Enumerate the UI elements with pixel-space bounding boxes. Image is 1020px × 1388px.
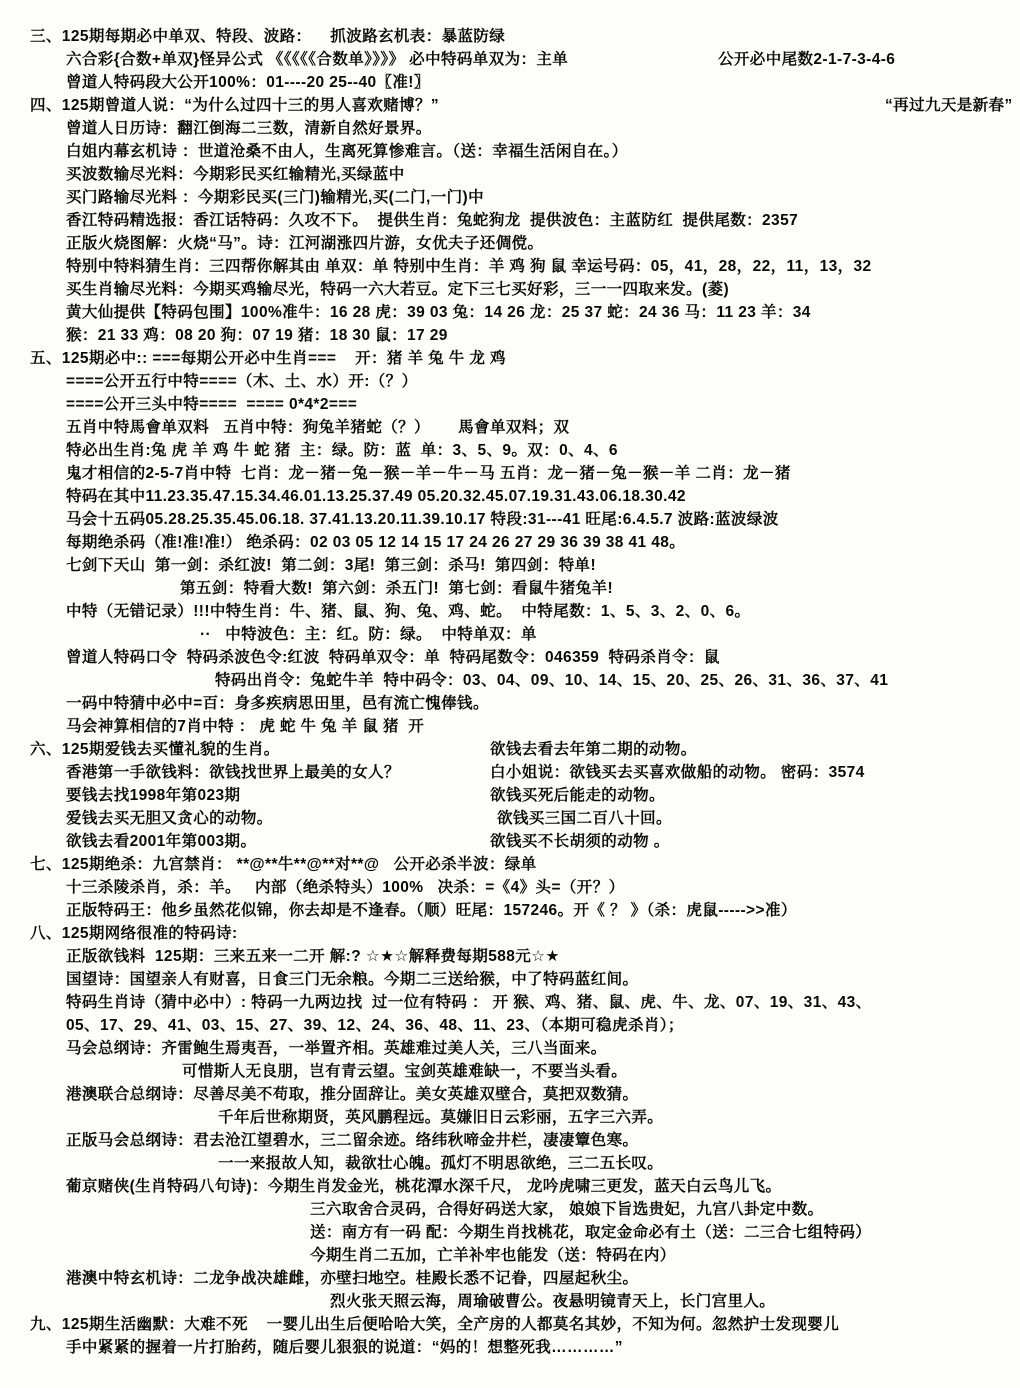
line-segment: 白小姐说：欲钱买去买喜欢做船的动物。 密码：3574 — [490, 762, 865, 784]
line-segment: 特必出生肖:兔 虎 羊 鸡 牛 蛇 猪 主：绿。防：蓝 单：3、5、9。双：0、… — [66, 440, 618, 462]
text-line: ====公开五行中特====（木、土、水）开:（？） — [0, 371, 1020, 394]
line-segment: 曾道人日历诗：翻江倒海二三数，清新自然好景界。 — [66, 118, 432, 140]
text-line: 曾道人特码段大公开100%：01----20 25--40〖准!〗 — [0, 72, 1020, 95]
line-segment: 买生肖输尽光料：今期买鸡输尽光，特码一六大若豆。定下三七买好彩，三一一四取来发。… — [66, 279, 729, 301]
text-line: 烈火张天照云海，周瑜破曹公。夜悬明镜青天上，长门宫里人。 — [0, 1291, 1020, 1314]
line-segment: 马会神算相信的7肖中特 ： 虎 蛇 牛 兔 羊 鼠 猪 开 — [66, 716, 424, 738]
line-segment: 买门路输尽光料 ：今期彩民买(三门)输精光,买(二门,一门)中 — [66, 187, 484, 209]
line-segment: 黄大仙提供【特码包围】100%准牛：16 28 虎：39 03 兔：14 26 … — [66, 302, 811, 324]
text-line: 要钱去找1998年第023期欲钱买死后能走的动物。 — [0, 785, 1020, 808]
text-line: 马会十五码05.28.25.35.45.06.18. 37.41.13.20.1… — [0, 509, 1020, 532]
line-segment: 九、125期生活幽默：大难不死 一婴儿出生后便哈哈大笑，全产房的人都莫名其妙，不… — [30, 1314, 839, 1336]
text-line: 葡京赌侠(生肖特码八句诗)：今期生肖发金光，桃花潭水深千尺， 龙吟虎啸三更发，蓝… — [0, 1176, 1020, 1199]
text-line: 五、125期必中:: ===每期公开必中生肖=== 开：猪 羊 兔 牛 龙 鸡 — [0, 348, 1020, 371]
line-segment: 买波数输尽光料：今期彩民买红输精光,买绿蓝中 — [66, 164, 405, 186]
line-segment: 欲钱买死后能走的动物。 — [490, 785, 665, 807]
text-line: 猴：21 33 鸡：08 20 狗：07 19 猪：18 30 鼠：17 29 — [0, 325, 1020, 348]
text-line: 特别中特料猜生肖：三四帮你解其由 单双：单 特别中生肖：羊 鸡 狗 鼠 幸运号码… — [0, 256, 1020, 279]
line-segment: 曾道人特码口令 特码杀波色令:红波 特码单双令：单 特码尾数令：046359 特… — [66, 647, 720, 669]
text-line: ====公开三头中特==== ==== 0*4*2=== — [0, 394, 1020, 417]
text-line: 黄大仙提供【特码包围】100%准牛：16 28 虎：39 03 兔：14 26 … — [0, 302, 1020, 325]
text-line: 七、125期绝杀：九宫禁肖： **@**牛**@**对**@ 公开必杀半波：绿单 — [0, 854, 1020, 877]
line-segment: 一码中特猜中必中=百：身多疾病思田里，邑有流亡愧俸钱。 — [66, 693, 489, 715]
line-segment: 正版火烧图解：火烧“马”。诗：江河湖涨四片游，女优夫子还倜傥。 — [66, 233, 543, 255]
text-line: ·· 中特波色：主：红。防：绿。 中特单双：单 — [0, 624, 1020, 647]
text-line: 爱钱去买无胆又贪心的动物。欲钱买三国二百八十回。 — [0, 808, 1020, 831]
line-segment: 港澳中特玄机诗：二龙争战决雄雌，亦壁扫地空。桂殿长悉不记眷，四屋起秋尘。 — [66, 1268, 638, 1290]
text-line: 港澳中特玄机诗：二龙争战决雄雌，亦壁扫地空。桂殿长悉不记眷，四屋起秋尘。 — [0, 1268, 1020, 1291]
text-line: 每期绝杀码（准!准!准!） 绝杀码：02 03 05 12 14 15 17 2… — [0, 532, 1020, 555]
document-body: 三、125期每期必中单双、特段、波路： 抓波路玄机表：暴蓝防绿六合彩{合数+单双… — [0, 26, 1020, 1360]
text-line: 香江特码精选报：香江话特码：久攻不下。 提供生肖：兔蛇狗龙 提供波色：主蓝防红 … — [0, 210, 1020, 233]
line-segment: 第五剑：特看大数! 第六剑：杀五门! 第七剑：看鼠牛猪兔羊! — [180, 578, 613, 600]
line-segment: 三六取舍合灵码，合得好码送大家， 娘娘下旨选贵妃，九宫八卦定中数。 — [310, 1199, 824, 1221]
document-page: 三、125期每期必中单双、特段、波路： 抓波路玄机表：暴蓝防绿六合彩{合数+单双… — [0, 0, 1020, 1388]
line-segment: 六合彩{合数+单双}怪异公式 《《《《《合数单》》》》 必中特码单双为：主单 — [66, 49, 568, 71]
line-segment: 欲钱去看2001年第003期。 — [66, 831, 256, 853]
text-line: 特码在其中11.23.35.47.15.34.46.01.13.25.37.49… — [0, 486, 1020, 509]
line-segment: 猴：21 33 鸡：08 20 狗：07 19 猪：18 30 鼠：17 29 — [66, 325, 448, 347]
line-segment: 三、125期每期必中单双、特段、波路： 抓波路玄机表：暴蓝防绿 — [30, 26, 505, 48]
line-segment: 烈火张天照云海，周瑜破曹公。夜悬明镜青天上，长门宫里人。 — [330, 1291, 775, 1313]
line-segment: 七、125期绝杀：九宫禁肖： **@**牛**@**对**@ 公开必杀半波：绿单 — [30, 854, 537, 876]
line-segment: 中特（无错记录）!!!中特生肖：牛、猪、鼠、狗、兔、鸡、蛇。 中特尾数：1、5、… — [66, 601, 750, 623]
text-line: 白姐内幕玄机诗 ：世道沧桑不由人，生离死算惨难言。（送：幸福生活闲自在。） — [0, 141, 1020, 164]
line-segment: 五肖中特馬會单双料 五肖中特：狗兔羊猪蛇（？） 馬會单双料；双 — [66, 417, 569, 439]
text-line: 正版特码王：他乡虽然花似锦，你去却是不逢春。（顺）旺尾：157246。开《 ？ … — [0, 900, 1020, 923]
line-segment: 特码生肖诗（猜中必中）: 特码一九两边找 过一位有特码 ： 开 猴、鸡、猪、鼠、… — [66, 992, 872, 1014]
text-line: 欲钱去看2001年第003期。欲钱买不长胡须的动物 。 — [0, 831, 1020, 854]
line-segment: 特码出肖令：兔蛇牛羊 特中码令：03、04、09、10、14、15、20、25、… — [215, 670, 888, 692]
line-segment: 八、125期网络很准的特码诗: — [30, 923, 238, 945]
line-segment: 曾道人特码段大公开100%：01----20 25--40〖准!〗 — [66, 72, 430, 94]
text-line: 马会总纲诗：齐雷鲍生焉夷吾，一举置齐相。英雄难过美人关，三八当面来。 — [0, 1038, 1020, 1061]
line-segment: 马会总纲诗：齐雷鲍生焉夷吾，一举置齐相。英雄难过美人关，三八当面来。 — [66, 1038, 607, 1060]
line-segment: 要钱去找1998年第023期 — [66, 785, 240, 807]
line-segment: 港澳联合总纲诗：尽善尽美不苟取，推分固辞让。美女英雄双壁合，莫把双数猜。 — [66, 1084, 638, 1106]
line-segment: 六、125期爱钱去买懂礼貌的生肖。 — [30, 739, 280, 761]
line-segment: 送：南方有一码 配：今期生肖找桃花，取定金命必有土（送：二三合七组特码） — [310, 1222, 871, 1244]
text-line: 曾道人特码口令 特码杀波色令:红波 特码单双令：单 特码尾数令：046359 特… — [0, 647, 1020, 670]
text-line: 送：南方有一码 配：今期生肖找桃花，取定金命必有土（送：二三合七组特码） — [0, 1222, 1020, 1245]
line-segment: 国望诗：国望亲人有财喜，日食三门无余粮。今期二三送给猴，中了特码蓝红间。 — [66, 969, 638, 991]
line-segment: 欲钱买三国二百八十回。 — [497, 808, 672, 830]
line-segment: “再过九天是新春” — [885, 95, 1013, 117]
line-segment: ====公开三头中特==== ==== 0*4*2=== — [66, 394, 357, 416]
text-line: 六合彩{合数+单双}怪异公式 《《《《《合数单》》》》 必中特码单双为：主单公开… — [0, 49, 1020, 72]
text-line: 曾道人日历诗：翻江倒海二三数，清新自然好景界。 — [0, 118, 1020, 141]
text-line: 买门路输尽光料 ：今期彩民买(三门)输精光,买(二门,一门)中 — [0, 187, 1020, 210]
text-line: 八、125期网络很准的特码诗: — [0, 923, 1020, 946]
line-segment: 鬼才相信的2-5-7肖中特 七肖：龙－猪－兔－猴－羊－牛－马 五肖：龙－猪－兔－… — [66, 463, 791, 485]
line-segment: 四、125期曾道人说：“为什么过四十三的男人喜欢赌博？” — [30, 95, 439, 117]
text-line: 05、17、29、41、03、15、27、39、12、24、36、48、11、2… — [0, 1015, 1020, 1038]
text-line: 千年后世称期贤，英风鹏程远。莫嫌旧日云彩丽，五字三六弄。 — [0, 1107, 1020, 1130]
line-segment: 正版特码王：他乡虽然花似锦，你去却是不逢春。（顺）旺尾：157246。开《 ？ … — [66, 900, 797, 922]
line-segment: 手中紧紧的握着一片打胎药，随后婴儿狠狠的说道：“妈的！想整死我…………” — [66, 1337, 623, 1359]
text-line: 中特（无错记录）!!!中特生肖：牛、猪、鼠、狗、兔、鸡、蛇。 中特尾数：1、5、… — [0, 601, 1020, 624]
line-segment: 可惜斯人无良朋，岂有青云望。宝剑英雄难缺一，不要当头看。 — [182, 1061, 627, 1083]
text-line: 一一来报故人知，裁欲壮心魄。孤灯不明思欲绝，三二五长叹。 — [0, 1153, 1020, 1176]
line-segment: 一一来报故人知，裁欲壮心魄。孤灯不明思欲绝，三二五长叹。 — [218, 1153, 663, 1175]
line-segment: 千年后世称期贤，英风鹏程远。莫嫌旧日云彩丽，五字三六弄。 — [218, 1107, 663, 1129]
line-segment: ====公开五行中特====（木、土、水）开:（？） — [66, 371, 417, 393]
text-line: 十三杀陵杀肖，杀：羊。 内部（绝杀特头）100% 决杀：=《4》头=（开？） — [0, 877, 1020, 900]
text-line: 三六取舍合灵码，合得好码送大家， 娘娘下旨选贵妃，九宫八卦定中数。 — [0, 1199, 1020, 1222]
text-line: 一码中特猜中必中=百：身多疾病思田里，邑有流亡愧俸钱。 — [0, 693, 1020, 716]
line-segment: ·· 中特波色：主：红。防：绿。 中特单双：单 — [200, 624, 537, 646]
line-segment: 爱钱去买无胆又贪心的动物。 — [66, 808, 273, 830]
text-line: 七剑下天山 第一剑：杀红波! 第二剑：3尾! 第三剑：杀马! 第四剑：特单! — [0, 555, 1020, 578]
text-line: 鬼才相信的2-5-7肖中特 七肖：龙－猪－兔－猴－羊－牛－马 五肖：龙－猪－兔－… — [0, 463, 1020, 486]
line-segment: 今期生肖二五加，亡羊补牢也能发（送：特码在内） — [310, 1245, 676, 1267]
line-segment: 五、125期必中:: ===每期公开必中生肖=== 开：猪 羊 兔 牛 龙 鸡 — [30, 348, 506, 370]
text-line: 国望诗：国望亲人有财喜，日食三门无余粮。今期二三送给猴，中了特码蓝红间。 — [0, 969, 1020, 992]
text-line: 买波数输尽光料：今期彩民买红输精光,买绿蓝中 — [0, 164, 1020, 187]
line-segment: 十三杀陵杀肖，杀：羊。 内部（绝杀特头）100% 决杀：=《4》头=（开？） — [66, 877, 625, 899]
line-segment: 特别中特料猜生肖：三四帮你解其由 单双：单 特别中生肖：羊 鸡 狗 鼠 幸运号码… — [66, 256, 872, 278]
text-line: 四、125期曾道人说：“为什么过四十三的男人喜欢赌博？”“再过九天是新春” — [0, 95, 1020, 118]
text-line: 手中紧紧的握着一片打胎药，随后婴儿狠狠的说道：“妈的！想整死我…………” — [0, 1337, 1020, 1360]
text-line: 五肖中特馬會单双料 五肖中特：狗兔羊猪蛇（？） 馬會单双料；双 — [0, 417, 1020, 440]
text-line: 第五剑：特看大数! 第六剑：杀五门! 第七剑：看鼠牛猪兔羊! — [0, 578, 1020, 601]
line-segment: 白姐内幕玄机诗 ：世道沧桑不由人，生离死算惨难言。（送：幸福生活闲自在。） — [66, 141, 628, 163]
line-segment: 05、17、29、41、03、15、27、39、12、24、36、48、11、2… — [66, 1015, 684, 1037]
line-segment: 七剑下天山 第一剑：杀红波! 第二剑：3尾! 第三剑：杀马! 第四剑：特单! — [66, 555, 596, 577]
line-segment: 马会十五码05.28.25.35.45.06.18. 37.41.13.20.1… — [66, 509, 779, 531]
line-segment: 香江特码精选报：香江话特码：久攻不下。 提供生肖：兔蛇狗龙 提供波色：主蓝防红 … — [66, 210, 798, 232]
text-line: 今期生肖二五加，亡羊补牢也能发（送：特码在内） — [0, 1245, 1020, 1268]
text-line: 买生肖输尽光料：今期买鸡输尽光，特码一六大若豆。定下三七买好彩，三一一四取来发。… — [0, 279, 1020, 302]
text-line: 特码生肖诗（猜中必中）: 特码一九两边找 过一位有特码 ： 开 猴、鸡、猪、鼠、… — [0, 992, 1020, 1015]
text-line: 可惜斯人无良朋，岂有青云望。宝剑英雄难缺一，不要当头看。 — [0, 1061, 1020, 1084]
line-segment: 特码在其中11.23.35.47.15.34.46.01.13.25.37.49… — [66, 486, 686, 508]
text-line: 港澳联合总纲诗：尽善尽美不苟取，推分固辞让。美女英雄双壁合，莫把双数猜。 — [0, 1084, 1020, 1107]
text-line: 特必出生肖:兔 虎 羊 鸡 牛 蛇 猪 主：绿。防：蓝 单：3、5、9。双：0、… — [0, 440, 1020, 463]
line-segment: 欲钱买不长胡须的动物 。 — [490, 831, 670, 853]
text-line: 马会神算相信的7肖中特 ： 虎 蛇 牛 兔 羊 鼠 猪 开 — [0, 716, 1020, 739]
text-line: 六、125期爱钱去买懂礼貌的生肖。欲钱去看去年第二期的动物。 — [0, 739, 1020, 762]
text-line: 三、125期每期必中单双、特段、波路： 抓波路玄机表：暴蓝防绿 — [0, 26, 1020, 49]
line-segment: 正版马会总纲诗：君去沧江望碧水，三二留余迹。络纬秋啼金井栏，凄凄簟色寒。 — [66, 1130, 638, 1152]
line-segment: 公开必中尾数2-1-7-3-4-6 — [718, 49, 895, 71]
text-line: 正版火烧图解：火烧“马”。诗：江河湖涨四片游，女优夫子还倜傥。 — [0, 233, 1020, 256]
text-line: 香港第一手欲钱料：欲钱找世界上最美的女人？白小姐说：欲钱买去买喜欢做船的动物。 … — [0, 762, 1020, 785]
line-segment: 欲钱去看去年第二期的动物。 — [490, 739, 697, 761]
text-line: 特码出肖令：兔蛇牛羊 特中码令：03、04、09、10、14、15、20、25、… — [0, 670, 1020, 693]
text-line: 正版马会总纲诗：君去沧江望碧水，三二留余迹。络纬秋啼金井栏，凄凄簟色寒。 — [0, 1130, 1020, 1153]
line-segment: 葡京赌侠(生肖特码八句诗)：今期生肖发金光，桃花潭水深千尺， 龙吟虎啸三更发，蓝… — [66, 1176, 781, 1198]
text-line: 正版欲钱料 125期：三来五来一二开 解:? ☆★☆解释费每期588元☆★ — [0, 946, 1020, 969]
line-segment: 香港第一手欲钱料：欲钱找世界上最美的女人？ — [66, 762, 400, 784]
text-line: 九、125期生活幽默：大难不死 一婴儿出生后便哈哈大笑，全产房的人都莫名其妙，不… — [0, 1314, 1020, 1337]
line-segment: 每期绝杀码（准!准!准!） 绝杀码：02 03 05 12 14 15 17 2… — [66, 532, 685, 554]
line-segment: 正版欲钱料 125期：三来五来一二开 解:? ☆★☆解释费每期588元☆★ — [66, 946, 560, 968]
